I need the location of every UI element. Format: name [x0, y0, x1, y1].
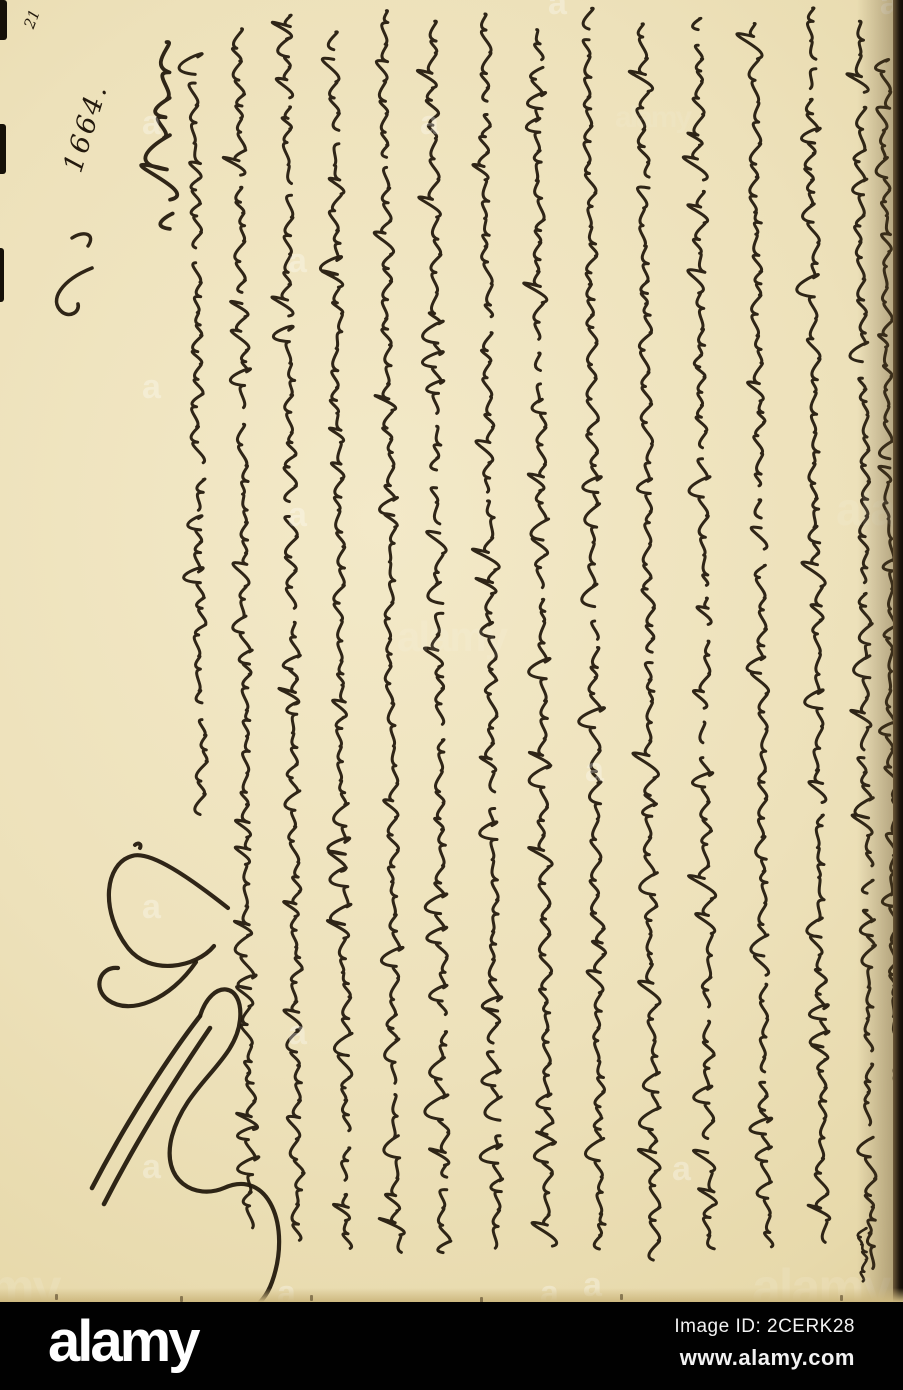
script-line — [737, 23, 773, 1246]
script-line — [92, 1016, 200, 1188]
script-line — [579, 8, 606, 1249]
handwriting-script — [0, 0, 903, 1302]
page-edge-speck — [55, 1294, 58, 1300]
manuscript-page: 1664. 21 alamyalamyalamyalamyalamyaaaaaa… — [0, 0, 903, 1302]
script-line — [320, 32, 352, 1249]
page-edge-speck — [620, 1294, 623, 1300]
script-line — [797, 8, 830, 1242]
stock-photo-frame: 1664. 21 alamyalamyalamyalamyalamyaaaaaa… — [0, 0, 903, 1390]
footer-info: Image ID: 2CERK28 www.alamy.com — [674, 1316, 855, 1371]
script-line — [629, 24, 660, 1260]
image-id-text: Image ID: 2CERK28 — [674, 1316, 855, 1338]
script-line — [109, 855, 228, 966]
script-line — [472, 14, 502, 1248]
page-bottom-edge — [0, 1288, 903, 1302]
script-line — [57, 268, 92, 314]
script-line — [272, 15, 304, 1240]
page-edge-speck — [310, 1295, 313, 1301]
film-edge-artifact — [0, 248, 4, 302]
script-line — [141, 42, 177, 229]
script-line — [72, 234, 91, 246]
page-edge — [893, 0, 903, 1302]
script-line — [179, 54, 207, 815]
page-edge-shadow — [857, 0, 893, 1302]
website-text: www.alamy.com — [674, 1345, 855, 1371]
footer-bar: alamy Image ID: 2CERK28 www.alamy.com — [0, 1302, 903, 1390]
film-edge-artifact — [0, 124, 6, 174]
page-edge-speck — [840, 1295, 843, 1301]
script-line — [104, 1028, 210, 1204]
script-line — [374, 11, 404, 1253]
alamy-logo: alamy — [48, 1310, 197, 1374]
script-line — [524, 30, 557, 1247]
film-edge-artifact — [0, 0, 7, 40]
script-line — [417, 21, 450, 1252]
script-line — [683, 18, 716, 1249]
script-line — [135, 844, 141, 848]
script-line — [99, 962, 196, 1006]
